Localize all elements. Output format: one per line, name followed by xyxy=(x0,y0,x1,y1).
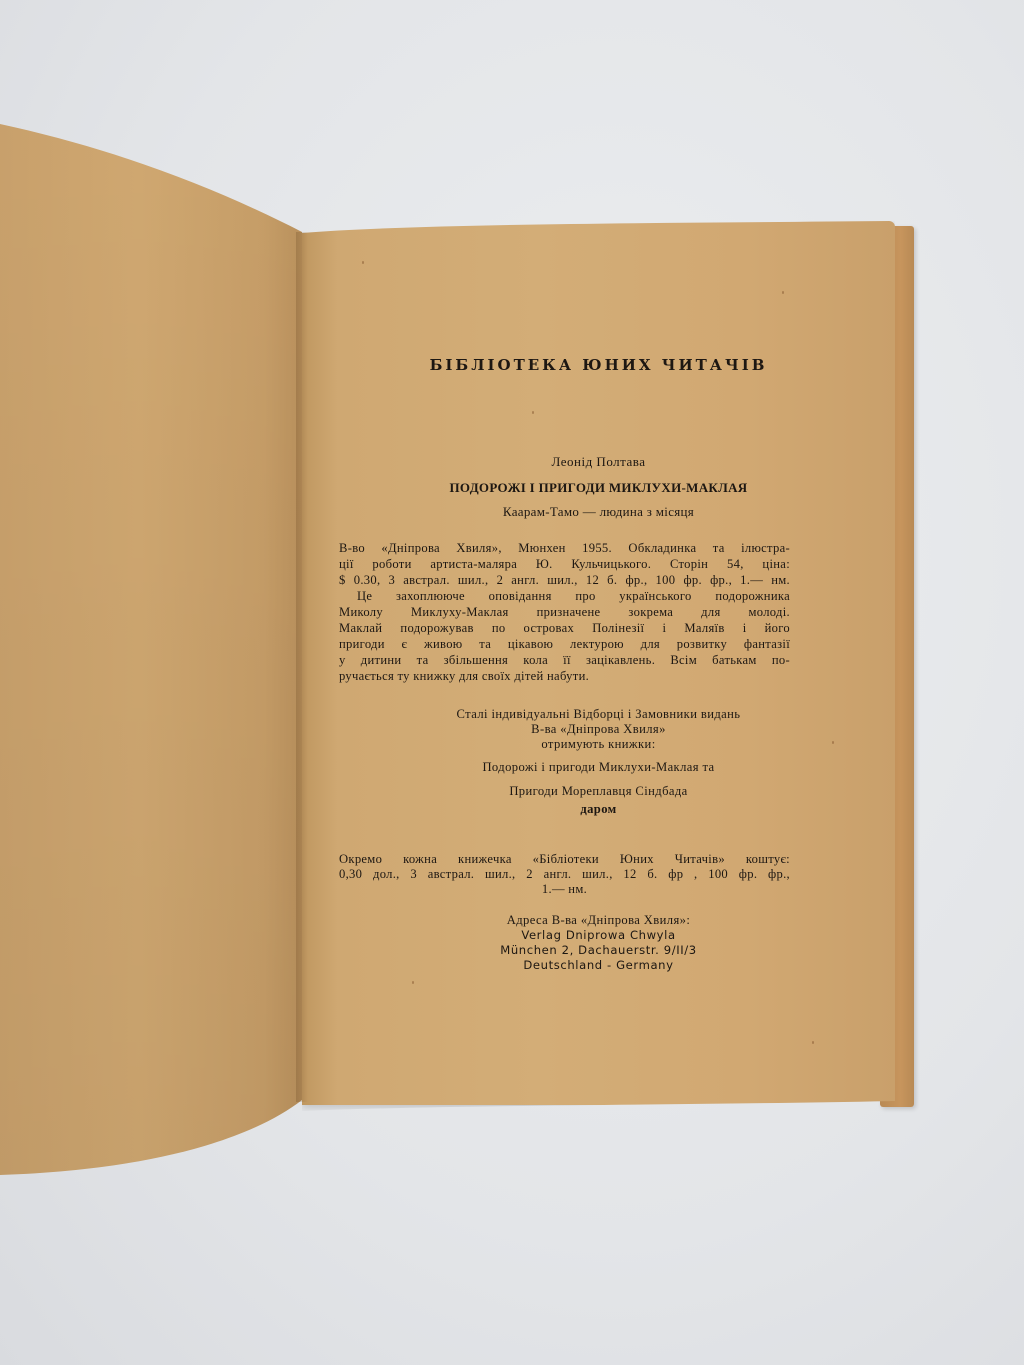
series-title: БІБЛІОТЕКА ЮНИХ ЧИТАЧІВ xyxy=(302,356,895,374)
book-title: ПОДОРОЖІ І ПРИГОДИ МИКЛУХИ-МАКЛАЯ xyxy=(302,480,895,496)
address-line: Verlag Dniprowa Chwyla xyxy=(302,928,895,943)
offer-line: Сталі індивідуальні Відборці і Замовники… xyxy=(302,707,895,722)
imprint-paragraph: В-во «Дніпрова Хвиля», Мюнхен 1955. Обкл… xyxy=(339,540,790,684)
address-heading: Адреса В-ва «Дніпрова Хвиля»: xyxy=(302,913,895,928)
address-line: München 2, Dachauerstr. 9/II/3 xyxy=(302,943,895,958)
offer-line: В-ва «Дніпрова Хвиля» xyxy=(302,722,895,737)
description-line: пригоди є живою та цікавою лектурою для … xyxy=(339,636,790,652)
offer-book: Пригоди Мореплавця Сіндбада xyxy=(302,784,895,799)
address-line: Deutschland - Germany xyxy=(302,958,895,973)
description-line: Миколу Миклуху-Маклая призначене зокрема… xyxy=(339,604,790,620)
description-line: Маклай подорожував по островах Полінезії… xyxy=(339,620,790,636)
imprint-line: $ 0.30, 3 австрал. шил., 2 англ. шил., 1… xyxy=(339,572,790,588)
offer-line: отримують книжки: xyxy=(302,737,895,752)
price-line: Окремо кожна книжечка «Бібліотеки Юних Ч… xyxy=(339,852,790,867)
publisher-address: Адреса В-ва «Дніпрова Хвиля»: Verlag Dni… xyxy=(302,913,895,973)
left-page-shading xyxy=(0,0,310,1365)
book-subtitle: Каарам-Тамо — людина з місяця xyxy=(302,504,895,520)
description-line: у дитини та збільшення кола її зацікавле… xyxy=(339,652,790,668)
subscriber-offer: Сталі індивідуальні Відборці і Замовники… xyxy=(302,707,895,817)
imprint-line: В-во «Дніпрова Хвиля», Мюнхен 1955. Обкл… xyxy=(339,540,790,556)
price-note: Окремо кожна книжечка «Бібліотеки Юних Ч… xyxy=(339,852,790,897)
price-line: 1.— нм. xyxy=(339,882,790,897)
imprint-page: БІБЛІОТЕКА ЮНИХ ЧИТАЧІВ Леонід Полтава П… xyxy=(302,221,895,1105)
author-name: Леонід Полтава xyxy=(302,454,895,470)
offer-book: Подорожі і пригоди Миклухи-Маклая та xyxy=(302,760,895,775)
description-line: Це захоплююче оповідання про українськог… xyxy=(339,588,790,604)
imprint-line: ції роботи артиста-маляра Ю. Кульчицьког… xyxy=(339,556,790,572)
description-line: ручається ту книжку для своїх дітей набу… xyxy=(339,668,790,684)
offer-gift: даром xyxy=(302,802,895,817)
price-line: 0,30 дол., 3 австрал. шил., 2 англ. шил.… xyxy=(339,867,790,882)
